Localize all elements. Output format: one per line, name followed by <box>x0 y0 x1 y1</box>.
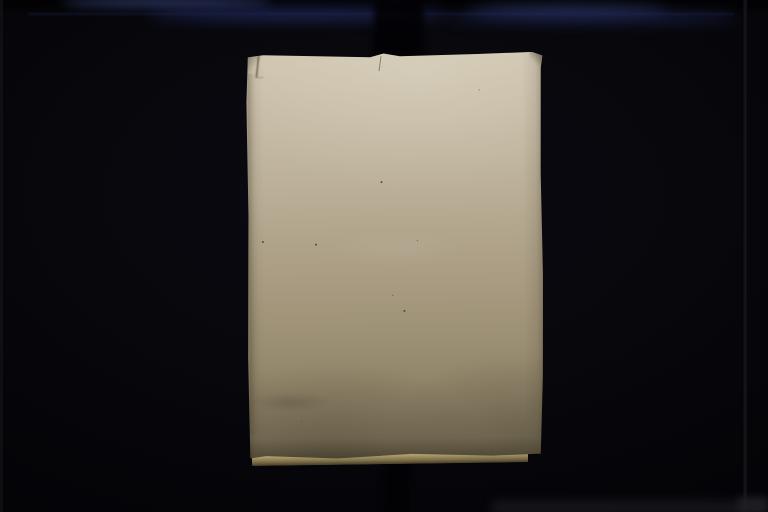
frame-right-edge <box>742 0 748 512</box>
paper-speck <box>301 421 302 422</box>
corner-sheen-bottom-right <box>738 497 768 512</box>
support-post-top <box>374 0 424 58</box>
paper-speck <box>403 310 405 312</box>
paper-wrinkle-bottomleft <box>248 378 348 425</box>
paper-sheen-middle <box>307 202 488 293</box>
paper-speck <box>479 89 480 90</box>
paper-speck <box>417 240 418 241</box>
frame-left-edge <box>0 0 3 512</box>
support-post-bottom <box>383 460 410 512</box>
paper-scratch-top <box>379 56 382 71</box>
blank-paper-sheet <box>245 52 545 459</box>
photo-of-framed-blank-document <box>0 0 768 512</box>
paper-speck <box>392 295 393 296</box>
paper-speck <box>315 244 317 246</box>
paper-fold-mark-topleft <box>255 56 265 78</box>
paper-speck <box>380 181 382 183</box>
paper-speck <box>262 241 264 243</box>
floor-sheen-bottom <box>492 501 768 512</box>
